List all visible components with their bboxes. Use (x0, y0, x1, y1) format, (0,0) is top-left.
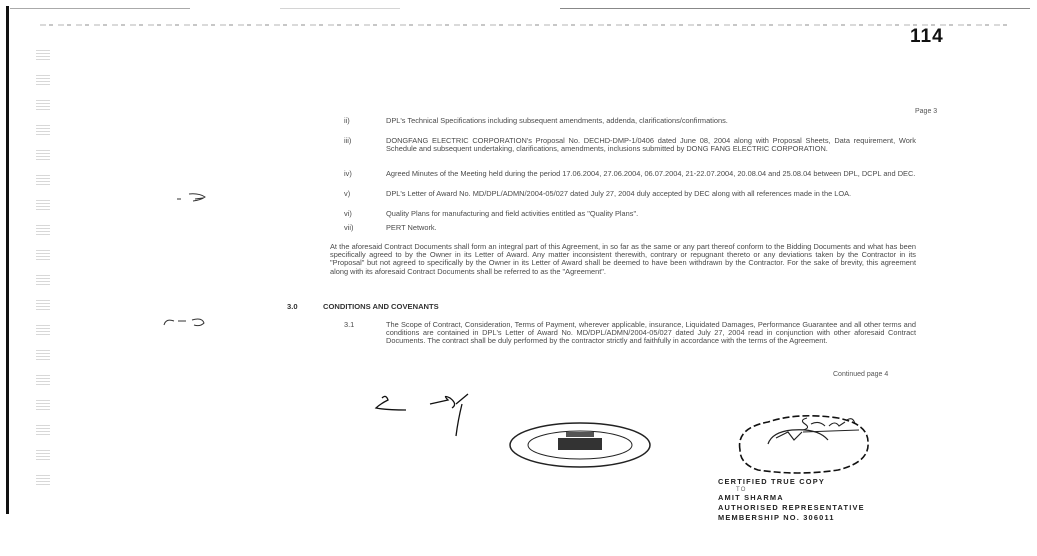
section-number: 3.0 (287, 302, 298, 311)
item-text: PERT Network. (386, 224, 916, 232)
item-text: Quality Plans for manufacturing and fiel… (386, 210, 916, 218)
item-number: vi) (344, 210, 374, 218)
item-number: iii) (344, 137, 374, 145)
handwritten-mark-icon (160, 315, 210, 330)
binder-margin-marks (36, 50, 56, 500)
item-text: DPL's Letter of Award No. MD/DPL/ADMN/20… (386, 190, 916, 198)
scan-top-rule (10, 8, 190, 9)
item-number: vii) (344, 224, 374, 232)
certifier-title: AUTHORISED REPRESENTATIVE (718, 503, 865, 513)
continued-note: Continued page 4 (833, 371, 888, 378)
clause-text: The Scope of Contract, Consideration, Te… (386, 321, 916, 346)
scan-top-rule (280, 8, 400, 9)
scan-top-rule (560, 8, 1030, 9)
scan-bleed-through-line (40, 24, 1010, 26)
item-number: iv) (344, 170, 374, 178)
page-label: Page 3 (915, 108, 937, 115)
handwritten-mark-icon (175, 190, 215, 205)
item-number: v) (344, 190, 374, 198)
item-text: DPL's Technical Specifications including… (386, 117, 916, 125)
scanned-document-page: 114 Page 3 ii) DPL's Technical Specifica… (0, 0, 1037, 556)
item-text: Agreed Minutes of the Meeting held durin… (386, 170, 916, 178)
section-title: CONDITIONS AND COVENANTS (323, 302, 439, 311)
scan-edge-bar (6, 6, 9, 514)
gear-seal-icon (728, 410, 888, 480)
company-seal-icon (508, 418, 658, 478)
clause-number: 3.1 (344, 321, 374, 329)
membership-number: MEMBERSHIP NO. 306011 (718, 513, 865, 523)
signature-icon (372, 390, 512, 450)
certified-true-copy: CERTIFIED TRUE COPY (718, 477, 865, 487)
item-number: ii) (344, 117, 374, 125)
page-number: 114 (910, 26, 944, 48)
certification-block: CERTIFIED TRUE COPY TO AMIT SHARMA AUTHO… (718, 477, 865, 523)
certifier-name: AMIT SHARMA (718, 493, 865, 503)
contract-documents-paragraph: At the aforesaid Contract Documents shal… (330, 243, 916, 276)
item-text: DONGFANG ELECTRIC CORPORATION's Proposal… (386, 137, 916, 153)
